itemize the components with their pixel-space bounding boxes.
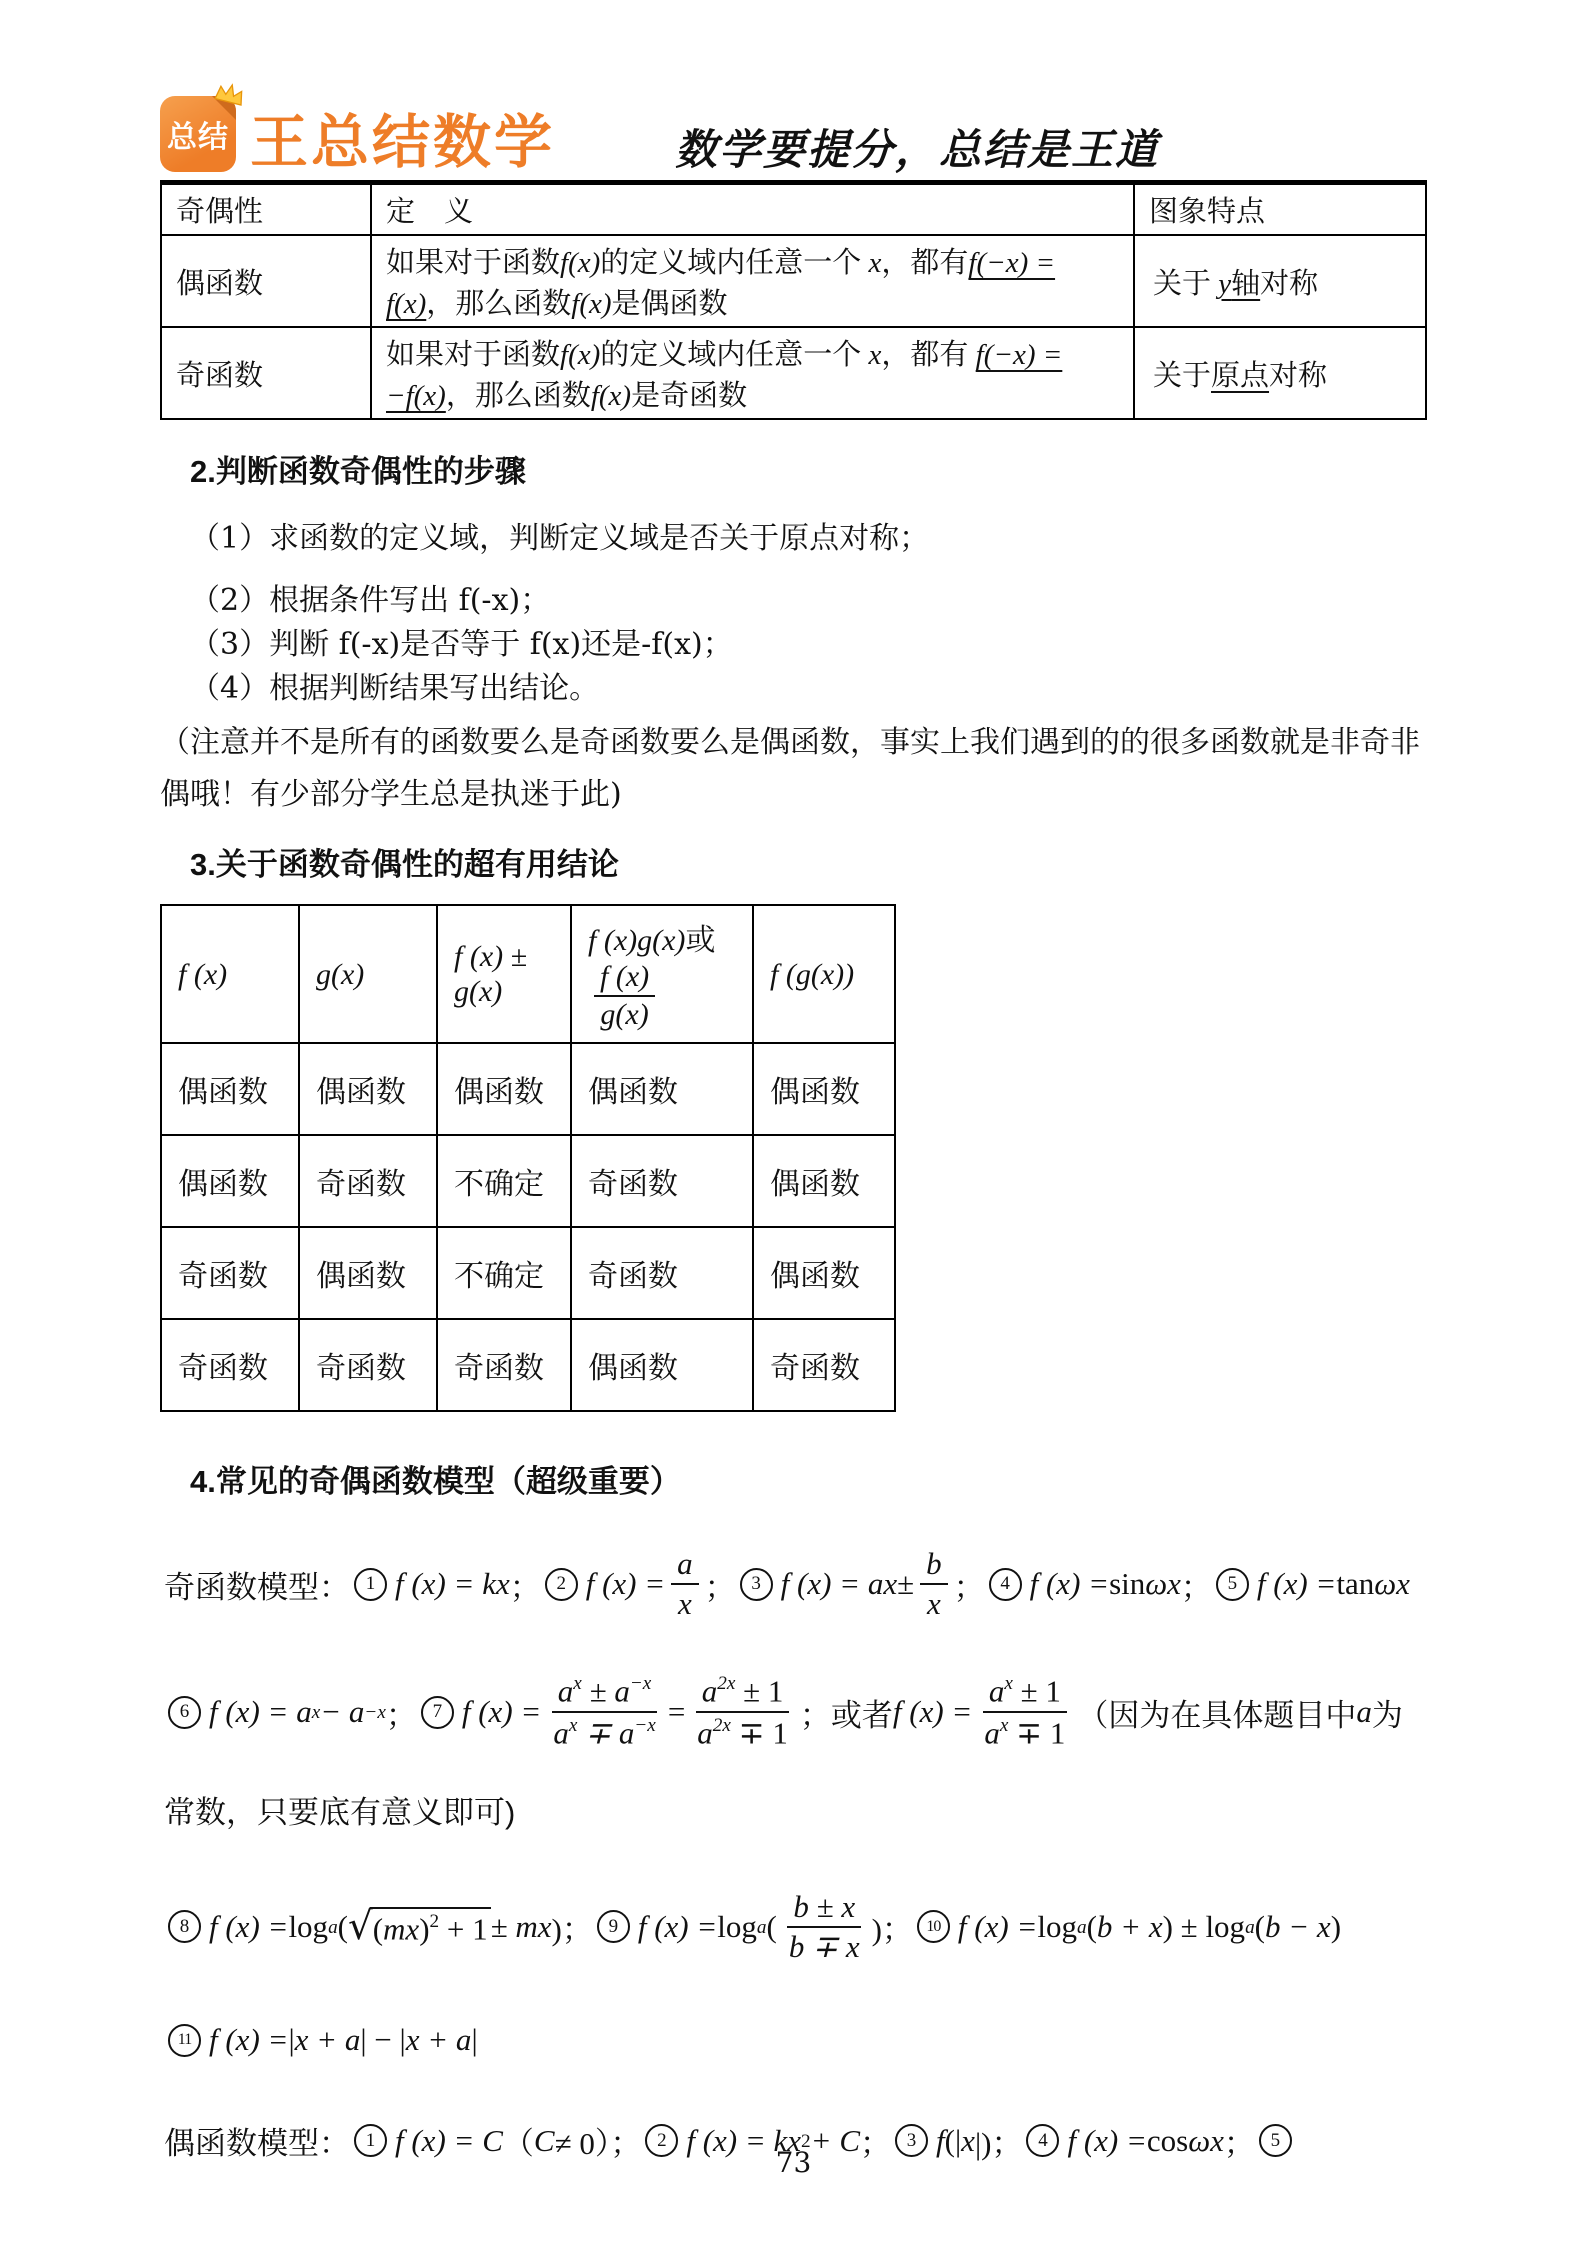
cell: 不确定: [437, 1135, 571, 1227]
table-row: 奇函数 偶函数 不确定 奇函数 偶函数: [161, 1227, 895, 1319]
col-header-fx: f (x): [161, 905, 299, 1043]
table-row: 偶函数 如果对于函数f(x)的定义域内任意一个 x，都有f(−x) = f(x)…: [161, 235, 1426, 327]
col-header-parity: 奇偶性: [161, 184, 371, 235]
formula-line-constant-note: 常数，只要底有意义即可): [164, 1787, 1427, 1832]
cell: 偶函数: [299, 1043, 437, 1135]
col-header-comp: f (g(x)): [753, 905, 895, 1043]
note-paragraph: （注意并不是所有的函数要么是奇函数要么是偶函数，事实上我们遇到的的很多函数就是非…: [160, 717, 1427, 821]
cell: 奇函数: [753, 1319, 895, 1411]
cell: 偶函数: [753, 1227, 895, 1319]
cell: 偶函数: [161, 1135, 299, 1227]
step-item-3: （3）判断 f(-x)是否等于 f(x)还是-f(x)；: [190, 623, 1427, 667]
cell: 奇函数: [161, 1319, 299, 1411]
cell: 不确定: [437, 1227, 571, 1319]
graph-feature-cell: 关于 y轴对称: [1134, 235, 1426, 327]
formula-line-11: 11f (x) = |x + a| − |x + a|: [164, 2022, 1427, 2058]
parity-conclusion-table: f (x) g(x) f (x) ± g(x) f (x)g(x)或f (x)g…: [160, 904, 896, 1412]
formula-line-6-7: 6f (x) = ax − a−x；7f (x) = ax ± a−xax ∓ …: [164, 1671, 1427, 1752]
cell: 偶函数: [571, 1043, 753, 1135]
definition-cell: 如果对于函数f(x)的定义域内任意一个 x，都有f(−x) = f(x)，那么函…: [371, 235, 1134, 327]
table-row: 偶函数 奇函数 不确定 奇函数 偶函数: [161, 1135, 895, 1227]
brand-name: 王总结数学: [250, 114, 555, 172]
cell: 偶函数: [299, 1227, 437, 1319]
step-item-4: （4）根据判断结果写出结论。: [190, 667, 1427, 711]
cell: 偶函数: [571, 1319, 753, 1411]
brand-logo-badge-text: 总结: [167, 112, 229, 156]
definition-cell: 如果对于函数f(x)的定义域内任意一个 x，都有 f(−x) = −f(x)，那…: [371, 327, 1134, 419]
step-item-1: （1）求函数的定义域，判断定义域是否关于原点对称；: [190, 517, 1427, 561]
col-header-graph-feature: 图象特点: [1134, 184, 1426, 235]
col-header-definition: 定 义: [371, 184, 1134, 235]
cell: 奇函数: [299, 1135, 437, 1227]
section-3-heading: 3.关于函数奇偶性的超有用结论: [190, 839, 1427, 884]
col-header-prod: f (x)g(x)或f (x)g(x): [571, 905, 753, 1043]
page-header: 总结 王总结数学 数学要提分，总结是王道: [160, 96, 1427, 183]
document-page: 总结 王总结数学 数学要提分，总结是王道 奇偶性 定 义 图象特点 偶函数 如果…: [0, 0, 1587, 2245]
cell: 偶函数: [161, 1043, 299, 1135]
parity-name-cell: 偶函数: [161, 235, 371, 327]
step-item-2: （2）根据条件写出 f(-x)；: [190, 579, 1427, 623]
cell: 奇函数: [571, 1135, 753, 1227]
cell: 奇函数: [571, 1227, 753, 1319]
col-header-sum: f (x) ± g(x): [437, 905, 571, 1043]
table-row: 偶函数 偶函数 偶函数 偶函数 偶函数: [161, 1043, 895, 1135]
page-number: 73: [0, 2146, 1587, 2179]
table-row: 奇偶性 定 义 图象特点: [161, 184, 1426, 235]
table-row: f (x) g(x) f (x) ± g(x) f (x)g(x)或f (x)g…: [161, 905, 895, 1043]
header-tagline: 数学要提分，总结是王道: [675, 130, 1159, 172]
brand-logo: 总结: [160, 96, 236, 172]
cell: 偶函数: [437, 1043, 571, 1135]
cell: 奇函数: [161, 1227, 299, 1319]
formula-line-8-9-10: 8f (x) = loga(√(mx)2 + 1 ± mx)；9f (x) = …: [164, 1888, 1427, 1966]
formula-line-odd-models: 奇函数模型：1f (x) = kx；2f (x) = ax；3f (x) = a…: [164, 1545, 1427, 1623]
graph-feature-cell: 关于原点对称: [1134, 327, 1426, 419]
table-row: 奇函数 如果对于函数f(x)的定义域内任意一个 x，都有 f(−x) = −f(…: [161, 327, 1426, 419]
section-4-heading: 4.常见的奇偶函数模型（超级重要）: [190, 1456, 1427, 1501]
col-header-gx: g(x): [299, 905, 437, 1043]
cell: 奇函数: [437, 1319, 571, 1411]
parity-name-cell: 奇函数: [161, 327, 371, 419]
brand-logo-badge: 总结: [160, 96, 236, 172]
parity-definition-table: 奇偶性 定 义 图象特点 偶函数 如果对于函数f(x)的定义域内任意一个 x，都…: [160, 183, 1427, 420]
cell: 奇函数: [299, 1319, 437, 1411]
section-2-heading: 2.判断函数奇偶性的步骤: [190, 446, 1427, 491]
cell: 偶函数: [753, 1043, 895, 1135]
cell: 偶函数: [753, 1135, 895, 1227]
table-row: 奇函数 奇函数 奇函数 偶函数 奇函数: [161, 1319, 895, 1411]
